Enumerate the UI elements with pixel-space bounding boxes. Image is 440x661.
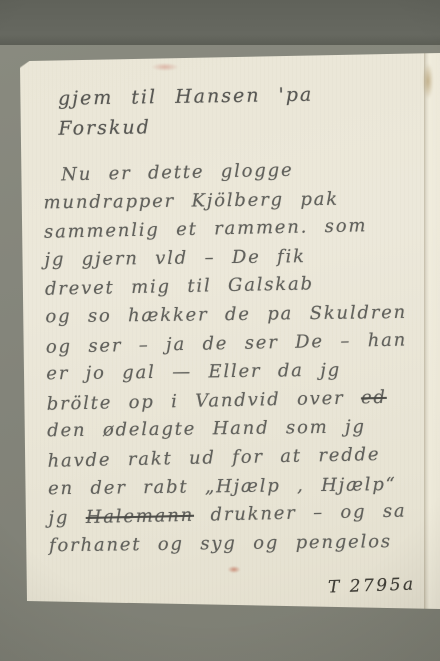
- struck-word: ed: [361, 387, 387, 409]
- line-text: jg gjern vld – De fik: [44, 246, 306, 270]
- line-text: og so hækker de pa Skuldren: [45, 302, 407, 327]
- line-text: sammenlig et rammen. som: [44, 215, 368, 242]
- line-text: brölte op i Vandvid over: [47, 387, 362, 414]
- manuscript-line: forhanet og syg og pengelos: [49, 528, 411, 561]
- manuscript-line: gjem til Hansen 'pa: [58, 80, 314, 114]
- line-text: mundrapper Kjölberg pak: [43, 188, 339, 213]
- heading-lines: gjem til Hansen 'paForskud: [58, 80, 314, 144]
- line-text: drevet mig til Galskab: [45, 274, 314, 300]
- line-text: den ødelagte Hand som jg: [47, 417, 366, 442]
- paper-stain: [421, 57, 435, 105]
- line-text: drukner – og sa: [194, 501, 407, 526]
- faint-red-mark: [148, 62, 182, 72]
- line-text: er jo gal — Eller da jg: [46, 360, 341, 385]
- manuscript-line: Forskud: [58, 110, 314, 144]
- catalog-number: T 2795a: [328, 574, 416, 597]
- backdrop-board: [0, 0, 440, 45]
- line-text: forhanet og syg og pengelos: [49, 531, 392, 556]
- red-ink-smudge: [226, 565, 242, 574]
- line-text: jg: [48, 507, 86, 529]
- manuscript-page: gjem til Hansen 'paForskud Nu er dette g…: [0, 0, 440, 661]
- line-text: og ser – ja de ser De – han: [46, 329, 408, 357]
- photograph: gjem til Hansen 'paForskud Nu er dette g…: [0, 0, 440, 661]
- line-text: havde rakt ud for at redde: [47, 444, 380, 472]
- line-text: en der rabt „Hjælp , Hjælp“: [48, 474, 397, 499]
- line-text: Nu er dette glogge: [61, 160, 294, 186]
- body-lines: Nu er dette gloggemundrapper Kjölberg pa…: [43, 155, 411, 561]
- page-fold-edge: [424, 50, 440, 613]
- struck-word: Halemann: [86, 505, 195, 528]
